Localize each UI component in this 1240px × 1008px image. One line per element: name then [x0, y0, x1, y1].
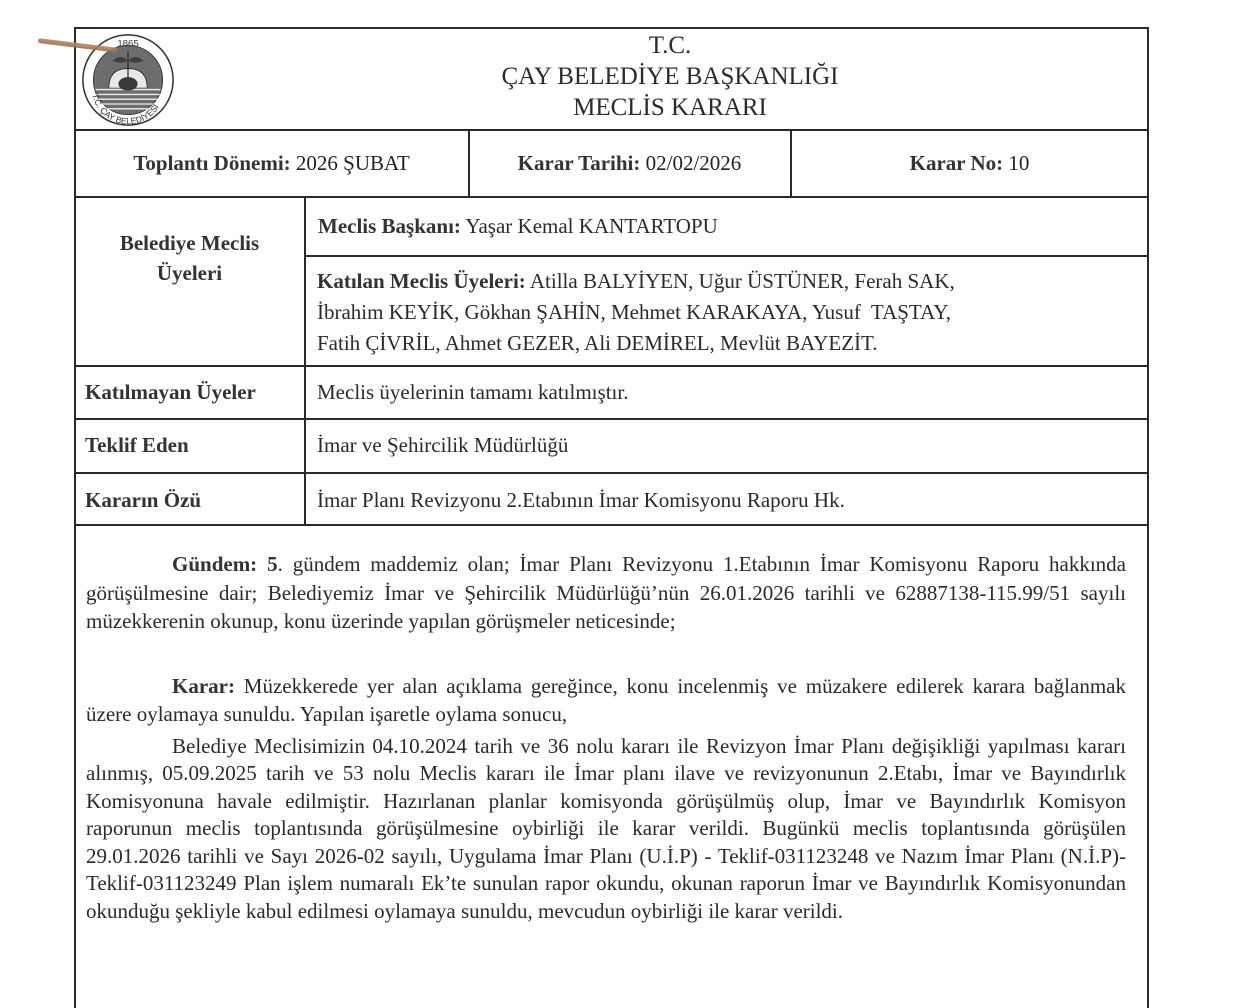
summary-divider — [75, 524, 1149, 526]
attending-line-2: İbrahim KEYİK, Gökhan ŞAHİN, Mehmet KARA… — [317, 297, 955, 328]
info-row-divider — [75, 196, 1149, 198]
decision-summary-label: Kararın Özü — [85, 485, 201, 515]
header-line-title: MECLİS KARARI — [300, 92, 1040, 123]
attending-names-1: Atilla BALYİYEN, Uğur ÜSTÜNER, Ferah SAK… — [530, 269, 955, 293]
attending-label: Katılan Meclis Üyeleri: — [317, 269, 526, 293]
attending-line-1: Katılan Meclis Üyeleri: Atilla BALYİYEN,… — [317, 266, 955, 297]
decision-intro-paragraph: Karar: Müzekkerede yer alan açıklama ger… — [86, 672, 1126, 729]
table-border-top — [75, 27, 1149, 29]
proposer-label: Teklif Eden — [85, 430, 189, 460]
absent-members-value: Meclis üyelerinin tamamı katılmıştır. — [317, 377, 628, 407]
members-label-line1: Belediye Meclis — [75, 228, 304, 258]
agenda-number: 5 — [267, 552, 278, 576]
decision-number-value: 10 — [1008, 151, 1029, 176]
decision-number-cell: Karar No: 10 — [791, 130, 1148, 196]
attending-line-3: Fatih ÇİVRİL, Ahmet GEZER, Ali DEMİREL, … — [317, 328, 955, 359]
proposer-divider — [75, 472, 1149, 474]
decision-label: Karar: — [172, 674, 235, 698]
attending-members: Katılan Meclis Üyeleri: Atilla BALYİYEN,… — [317, 266, 955, 359]
absent-divider — [75, 418, 1149, 420]
president-row: Meclis Başkanı: Yaşar Kemal KANTARTOPU — [318, 211, 718, 241]
absent-members-label: Katılmayan Üyeler — [85, 377, 256, 407]
members-divider — [75, 365, 1149, 367]
decision-date-value: 02/02/2026 — [646, 151, 742, 176]
president-divider — [305, 255, 1148, 257]
proposer-value: İmar ve Şehircilik Müdürlüğü — [317, 430, 568, 460]
meeting-period-value: 2026 ŞUBAT — [296, 151, 410, 176]
decision-body: Gündem: 5. gündem maddemiz olan; İmar Pl… — [86, 550, 1126, 925]
decision-intro-text: Müzekkerede yer alan açıklama gereğince,… — [86, 674, 1126, 727]
label-col-divider — [304, 196, 306, 524]
members-label-line2: Üyeleri — [75, 258, 304, 288]
header-line-municipality: ÇAY BELEDİYE BAŞKANLIĞI — [300, 61, 1040, 92]
agenda-paragraph: Gündem: 5. gündem maddemiz olan; İmar Pl… — [86, 550, 1126, 636]
meeting-period-cell: Toplantı Dönemi: 2026 ŞUBAT — [75, 130, 468, 196]
decision-date-label: Karar Tarihi: — [518, 151, 641, 176]
council-decision-document: 1865 T.C. ÇAY BELEDİYESİ T.C. ÇAY BELEDİ… — [0, 0, 1240, 1008]
document-header: T.C. ÇAY BELEDİYE BAŞKANLIĞI MECLİS KARA… — [300, 30, 1040, 123]
decision-summary-value: İmar Planı Revizyonu 2.Etabının İmar Kom… — [317, 485, 845, 515]
president-label: Meclis Başkanı: — [318, 214, 461, 238]
president-value: Yaşar Kemal KANTARTOPU — [465, 214, 717, 238]
members-section-label: Belediye Meclis Üyeleri — [75, 228, 304, 288]
decision-paragraph: Belediye Meclisimizin 04.10.2024 tarih v… — [86, 733, 1126, 926]
svg-text:1865: 1865 — [117, 38, 138, 49]
decision-date-cell: Karar Tarihi: 02/02/2026 — [469, 130, 790, 196]
agenda-label: Gündem: — [172, 552, 257, 576]
decision-number-label: Karar No: — [910, 151, 1004, 176]
header-line-tc: T.C. — [300, 30, 1040, 61]
meeting-period-label: Toplantı Dönemi: — [133, 151, 290, 176]
